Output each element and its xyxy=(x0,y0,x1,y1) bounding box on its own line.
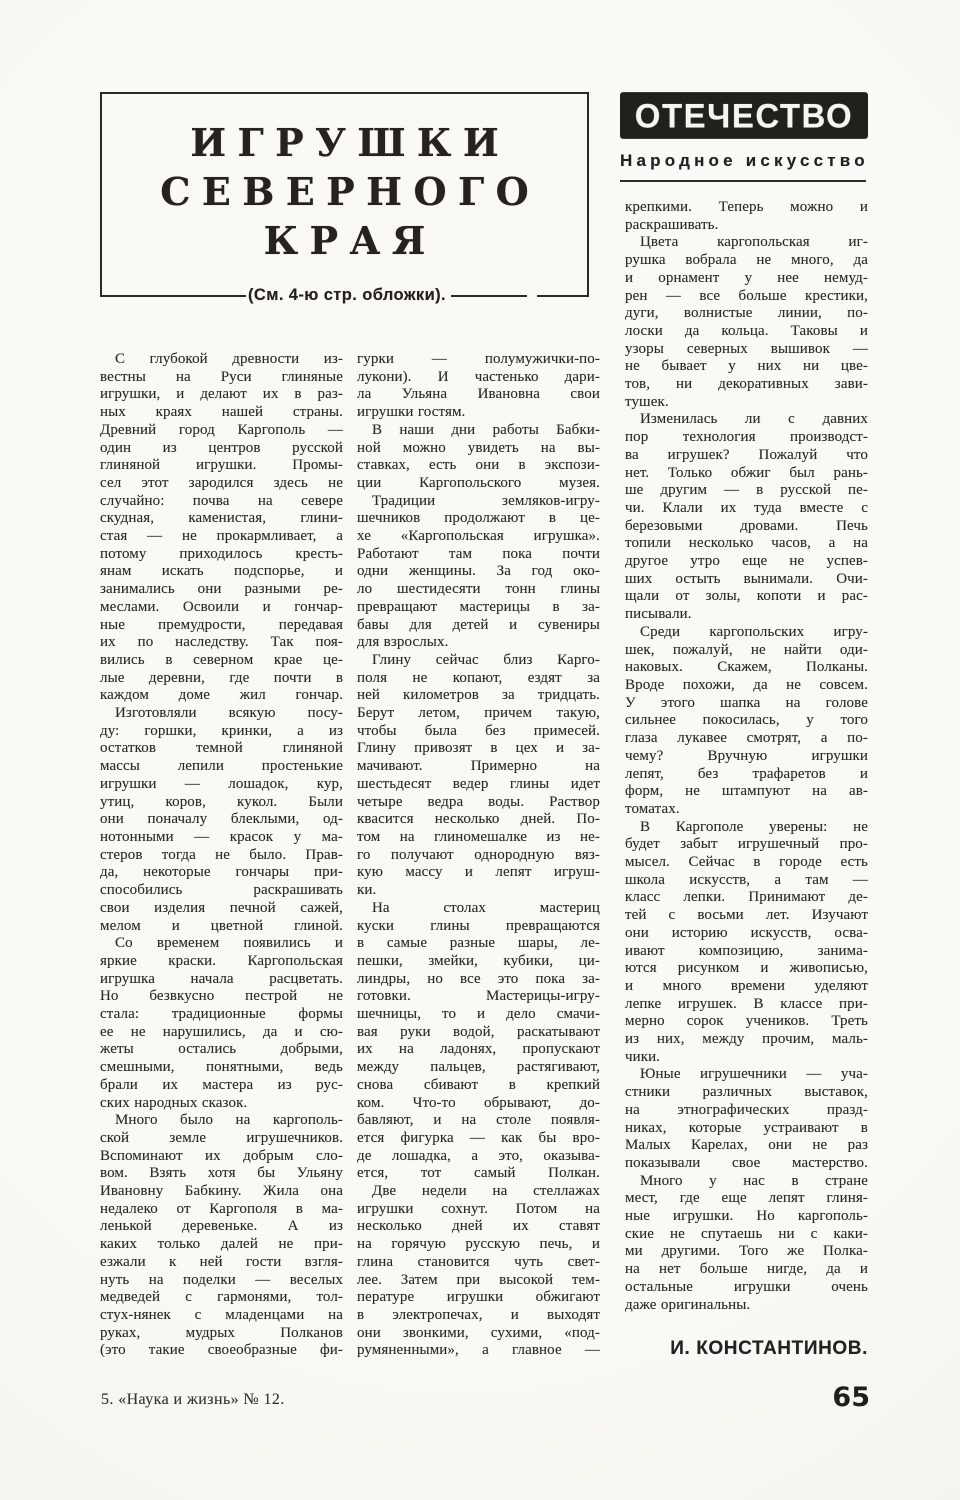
text-line: шечников продолжают в це- xyxy=(357,510,600,528)
text-line: глаза лукавее смотрят, а по- xyxy=(625,730,868,748)
text-line: показывали свое мастерство. xyxy=(625,1155,868,1173)
text-line: снова сбивают в крепкий xyxy=(357,1077,600,1095)
text-line: лые деревни, где почти в xyxy=(100,670,343,688)
text-line: ских народных сказок. xyxy=(100,1095,343,1113)
text-line: между пальцев, растягивают, xyxy=(357,1059,600,1077)
text-line: остальные игрушки очень xyxy=(625,1279,868,1297)
text-line: ные премудрости, передавая xyxy=(100,617,343,635)
text-line: Изготовляли всякую посу- xyxy=(100,705,343,723)
text-line: на горячую русскую печь, и xyxy=(357,1236,600,1254)
text-line: меслами. Освоили и гончар- xyxy=(100,599,343,617)
text-line: они историю искусств, осва- xyxy=(625,925,868,943)
rule-segment xyxy=(537,295,589,297)
text-line: другое утро еще не успев- xyxy=(625,553,868,571)
text-line: смешными, понятными, ведь xyxy=(100,1059,343,1077)
text-line: свои изделия печной сажей, xyxy=(100,900,343,918)
text-line: брали их мастера из рус- xyxy=(100,1077,343,1095)
text-line: кую массу и лепят игруш- xyxy=(357,864,600,882)
text-line: превращают мастерицы в за- xyxy=(357,599,600,617)
text-line: хе «Каргопольская игрушка». xyxy=(357,528,600,546)
text-line: массы лепили простенькие xyxy=(100,758,343,776)
text-line: яркие краски. Каргопольская xyxy=(100,953,343,971)
title-box-bottom-rule: (См. 4-ю стр. обложки). xyxy=(100,286,589,305)
text-line: лее. Затем при высокой тем- xyxy=(357,1272,600,1290)
text-line: Со временем появились и xyxy=(100,935,343,953)
text-line: куски глины превращаются xyxy=(357,918,600,936)
text-line: шечницы, то и дело смачи- xyxy=(357,1006,600,1024)
text-line: топили несколько часов, а на xyxy=(625,535,868,553)
text-line: недалеко от Каргополя в ма- xyxy=(100,1201,343,1219)
text-column-1: С глубокой древности из-вестны на Руси г… xyxy=(100,351,343,1360)
text-line: один из центров русской xyxy=(100,440,343,458)
text-line: для взрослых. xyxy=(357,634,600,652)
text-line: ленькой деревеньке. А из xyxy=(100,1218,343,1236)
text-line: Работают там пока почти xyxy=(357,546,600,564)
text-line: У этого шапка на голове xyxy=(625,695,868,713)
text-line: мерно сорок учеников. Треть xyxy=(625,1013,868,1031)
text-line: игрушка начала расцветать. xyxy=(100,971,343,989)
rule-segment xyxy=(100,295,246,297)
text-column-3: крепкими. Теперь можно ираскрашивать.Цве… xyxy=(625,199,868,1314)
text-line: поля не копают, ездят за xyxy=(357,670,600,688)
text-line: Глину сейчас близ Карго- xyxy=(357,652,600,670)
text-line: пешки, змейки, кубики, ци- xyxy=(357,953,600,971)
text-line: мелом и цветной глиной. xyxy=(100,918,343,936)
text-line: Много было на каргополь- xyxy=(100,1112,343,1130)
subtitle-rule xyxy=(620,180,866,182)
text-line: их по наследству. Так поя- xyxy=(100,634,343,652)
text-line: из них, между прочим, маль- xyxy=(625,1031,868,1049)
section-masthead: ОТЕЧЕСТВО Народное искусство xyxy=(620,93,868,182)
text-line: чики. xyxy=(625,1049,868,1067)
text-line: ва игрушек? Пожалуй что xyxy=(625,447,868,465)
text-line: щали от золы, копоти и рас- xyxy=(625,588,868,606)
text-line: ные игрушки. Но каргополь- xyxy=(625,1208,868,1226)
text-line: В Каргополе уверены: не xyxy=(625,819,868,837)
text-line: чему? Вручную игрушки xyxy=(625,748,868,766)
text-line: ной можно увидеть на вы- xyxy=(357,440,600,458)
text-line: ки. xyxy=(357,882,600,900)
section-banner: ОТЕЧЕСТВО xyxy=(620,92,868,139)
text-line: потому приходилось кресть- xyxy=(100,546,343,564)
author-signature: И. КОНСТАНТИНОВ. xyxy=(625,1338,868,1360)
text-line: они поначалу блеклыми, од- xyxy=(100,811,343,829)
text-line: руках, мудрых Полканов xyxy=(100,1325,343,1343)
text-line: в самые разные шары, ле- xyxy=(357,935,600,953)
text-line: каких только далей не при- xyxy=(100,1236,343,1254)
text-line: каждом доме жил гончар. xyxy=(100,687,343,705)
text-line: мачивают. Примерно на xyxy=(357,758,600,776)
text-line: ется фигурка — как бы вро- xyxy=(357,1130,600,1148)
section-subtitle: Народное искусство xyxy=(620,151,868,171)
text-line: ские не спутаешь ни с каки- xyxy=(625,1226,868,1244)
text-line: ше другим — в русской пе- xyxy=(625,482,868,500)
text-line: рен — все больше крестики, xyxy=(625,288,868,306)
text-line: их на ладонях, пропускают xyxy=(357,1041,600,1059)
text-line: класс лепки. Принимают де- xyxy=(625,889,868,907)
text-line: лепке игрушек. В классе при- xyxy=(625,996,868,1014)
text-line: стники различных выставок, xyxy=(625,1084,868,1102)
text-line: На столах мастериц xyxy=(357,900,600,918)
text-line: ее не нарушились, да и сю- xyxy=(100,1024,343,1042)
text-line: случайно: почва на севере xyxy=(100,493,343,511)
text-line: занимались они разными ре- xyxy=(100,581,343,599)
text-line: мысел. Сейчас в городе есть xyxy=(625,854,868,872)
text-line: тей с восьми лет. Изучают xyxy=(625,907,868,925)
text-line: чи. Клали их туда вместе с xyxy=(625,500,868,518)
article-title: ИГРУШКИ СЕВЕРНОГО КРАЯ xyxy=(102,118,587,265)
text-line: игрушки, и делают их в раз- xyxy=(100,386,343,404)
text-line: С глубокой древности из- xyxy=(100,351,343,369)
text-line: нуть на поделки — веселых xyxy=(100,1272,343,1290)
text-line: чтобы была без примесей. xyxy=(357,723,600,741)
text-line: мест, где еще лепят глиня- xyxy=(625,1190,868,1208)
text-line: дуги, волнистые линии, по- xyxy=(625,305,868,323)
text-line: узоры северных вышивок — xyxy=(625,341,868,359)
text-line: бавы для детей и сувениры xyxy=(357,617,600,635)
text-line: Среди каргопольских игру- xyxy=(625,624,868,642)
text-line: одни женщины. За год око- xyxy=(357,563,600,581)
magazine-page: ИГРУШКИ СЕВЕРНОГО КРАЯ (См. 4-ю стр. обл… xyxy=(0,0,960,1500)
cover-reference-caption: (См. 4-ю стр. обложки). xyxy=(246,286,451,305)
text-line: ции Каргопольского музея. xyxy=(357,475,600,493)
text-line: несколько дней их ставят xyxy=(357,1218,600,1236)
text-line: Юные игрушечники — уча- xyxy=(625,1066,868,1084)
text-line: Малых Карелах, они не раз xyxy=(625,1137,868,1155)
text-line: никах, которые устраивают в xyxy=(625,1120,868,1138)
text-line: и орнамент у нее немуд- xyxy=(625,270,868,288)
text-line: сильнее покосилась, у того xyxy=(625,712,868,730)
text-line: четыре ведра воды. Раствор xyxy=(357,794,600,812)
text-line: Две недели на стеллажах xyxy=(357,1183,600,1201)
text-line: березовыми дровами. Печь xyxy=(625,518,868,536)
text-line: Вспоминают их добрым сло- xyxy=(100,1148,343,1166)
text-line: игрушки сохнут. Потом на xyxy=(357,1201,600,1219)
text-line: пор технология производст- xyxy=(625,429,868,447)
text-line: Берут летом, причем такую, xyxy=(357,705,600,723)
text-line: го получают однородную вяз- xyxy=(357,847,600,865)
text-line: (это такие своеобразные фи- xyxy=(100,1342,343,1360)
text-line: ных краях нашей страны. xyxy=(100,404,343,422)
text-line: игрушки гостям. xyxy=(357,404,600,422)
text-line: бавляют, и на столе появля- xyxy=(357,1112,600,1130)
article-title-box: ИГРУШКИ СЕВЕРНОГО КРАЯ (См. 4-ю стр. обл… xyxy=(100,92,589,296)
text-line: школа искусств, а там — xyxy=(625,872,868,890)
text-line: на нет больше нигде, да и xyxy=(625,1261,868,1279)
text-line: Но безвкусно пестрой не xyxy=(100,988,343,1006)
text-line: ются рисунком и живописью, xyxy=(625,960,868,978)
text-line: пературе игрушки обжигают xyxy=(357,1289,600,1307)
text-line: вом. Взять хотя бы Ульяну xyxy=(100,1165,343,1183)
text-line: способились раскрашивать xyxy=(100,882,343,900)
text-line: они звонкими, сухими, «под- xyxy=(357,1325,600,1343)
text-line: румяненными», а главное — xyxy=(357,1342,600,1360)
rule-segment xyxy=(451,295,527,297)
text-line: ется, тот самый Полкан. xyxy=(357,1165,600,1183)
text-column-2: гурки — полумужички-по-лукони). И частен… xyxy=(357,351,600,1360)
page-number: 65 xyxy=(832,1382,870,1413)
text-line: ми другими. Того же Полка- xyxy=(625,1243,868,1261)
text-line: шестьдесят ведер глины идет xyxy=(357,776,600,794)
text-line: сел этот зародился здесь не xyxy=(100,475,343,493)
text-line: готовки. Мастерицы-игру- xyxy=(357,988,600,1006)
text-line: Глину привозят в цех и за- xyxy=(357,740,600,758)
text-line: не бывает у них ни цве- xyxy=(625,358,868,376)
text-line: ду: горшки, кринки, а из xyxy=(100,723,343,741)
text-line: остатков темной глиняной xyxy=(100,740,343,758)
text-line: ших остыть вынимали. Очи- xyxy=(625,571,868,589)
print-signature: 5. «Наука и жизнь» № 12. xyxy=(101,1391,285,1409)
text-line: Древний город Каргополь — xyxy=(100,422,343,440)
text-line: томатах. xyxy=(625,801,868,819)
text-line: Много у нас в стране xyxy=(625,1173,868,1191)
text-line: вились в северном крае це- xyxy=(100,652,343,670)
text-line: Цвета каргопольская иг- xyxy=(625,234,868,252)
text-line: лоски да кольца. Таковы и xyxy=(625,323,868,341)
text-line: писывали. xyxy=(625,606,868,624)
text-line: ивают композицию, занима- xyxy=(625,943,868,961)
text-line: ла Ульяна Ивановна свои xyxy=(357,386,600,404)
article-title-line: КРАЯ xyxy=(102,216,587,265)
text-line: лепят, без трафаретов и xyxy=(625,766,868,784)
text-line: ком. Что-то обрывают, до- xyxy=(357,1095,600,1113)
text-line: жеты остались добрыми, xyxy=(100,1041,343,1059)
text-line: раскрашивать. xyxy=(625,217,868,235)
text-line: стеров тогда не было. Прав- xyxy=(100,847,343,865)
text-line: ло шестидесяти тонн глины xyxy=(357,581,600,599)
text-line: на этнографических празд- xyxy=(625,1102,868,1120)
article-title-line: ИГРУШКИ xyxy=(102,118,587,167)
text-line: утиц, коров, кукол. Были xyxy=(100,794,343,812)
text-line: ской земле игрушечников. xyxy=(100,1130,343,1148)
text-line: в электропечах, и выходят xyxy=(357,1307,600,1325)
text-line: де лошадка, а это, оказыва- xyxy=(357,1148,600,1166)
text-line: нотонными — красок у ма- xyxy=(100,829,343,847)
text-line: крепкими. Теперь можно и xyxy=(625,199,868,217)
text-line: да, некоторые гончары при- xyxy=(100,864,343,882)
text-line: будет забыт игрушечный про- xyxy=(625,836,868,854)
text-line: наковых. Скажем, Полканы. xyxy=(625,659,868,677)
text-line: даже оригинальны. xyxy=(625,1297,868,1315)
text-line: Ивановну Бабкину. Жила она xyxy=(100,1183,343,1201)
text-line: стала: традиционные формы xyxy=(100,1006,343,1024)
article-title-line: СЕВЕРНОГО xyxy=(102,167,587,216)
text-line: том на глиномешалке из не- xyxy=(357,829,600,847)
text-line: вестны на Руси глиняные xyxy=(100,369,343,387)
text-line: стух-нянек с младенцами на xyxy=(100,1307,343,1325)
text-line: скудная, каменистая, глини- xyxy=(100,510,343,528)
text-line: лукони). И частенько дари- xyxy=(357,369,600,387)
text-line: квасится несколько дней. По- xyxy=(357,811,600,829)
text-line: Вроде похожи, да не совсем. xyxy=(625,677,868,695)
text-line: стая — не прокармливает, а xyxy=(100,528,343,546)
text-line: рушка вобрала не много, да xyxy=(625,252,868,270)
text-line: и много времени уделяют xyxy=(625,978,868,996)
text-line: глиняной игрушки. Промы- xyxy=(100,457,343,475)
text-line: ставках, есть они в экспози- xyxy=(357,457,600,475)
text-line: янам искать подспорье, и xyxy=(100,563,343,581)
text-line: форм, не штампуют на ав- xyxy=(625,783,868,801)
text-line: глина становится чуть свет- xyxy=(357,1254,600,1272)
text-line: езжали к ней гости взгля- xyxy=(100,1254,343,1272)
text-line: Традиции земляков-игру- xyxy=(357,493,600,511)
text-line: ней километров за тридцать. xyxy=(357,687,600,705)
text-line: тов, ни декоративных зави- xyxy=(625,376,868,394)
text-line: гурки — полумужички-по- xyxy=(357,351,600,369)
text-line: вая руки водой, раскатывают xyxy=(357,1024,600,1042)
text-line: тушек. xyxy=(625,394,868,412)
text-line: линдры, но все это пока за- xyxy=(357,971,600,989)
text-line: В наши дни работы Бабки- xyxy=(357,422,600,440)
text-line: медведей с гармонями, тол- xyxy=(100,1289,343,1307)
text-line: нет. Только обжиг был рань- xyxy=(625,465,868,483)
text-line: Изменилась ли с давних xyxy=(625,411,868,429)
text-line: игрушки — лошадок, кур, xyxy=(100,776,343,794)
text-line: шек, пожалуй, не найти оди- xyxy=(625,642,868,660)
